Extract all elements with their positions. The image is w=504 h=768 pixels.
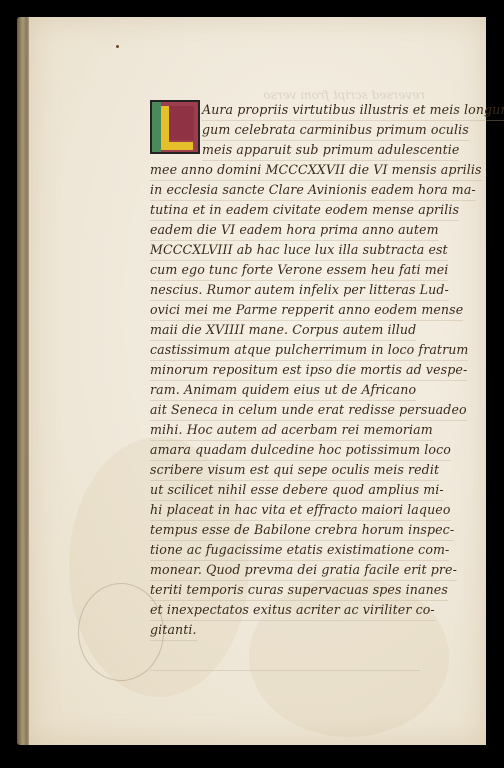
text-line: Aura propriis virtutibus illustris et me… [202, 100, 504, 121]
text-line: monear. Quod prevта dei gratia facile er… [150, 560, 457, 581]
text-line: et inexpectatos exitus acriter ac virili… [150, 600, 435, 621]
text-line: hi placeat in hac vita et effracto maior… [150, 500, 451, 521]
text-line: tione ac fugacissime etatis existimation… [150, 540, 449, 561]
text-line: ram. Animam quidem eius ut de Africano [150, 380, 416, 401]
text-line: gitanti. [150, 620, 197, 641]
text-line: castissimum atque pulcherrimum in loco f… [150, 340, 468, 361]
text-line: scribere visum est qui sepe oculis meis … [150, 460, 439, 481]
text-line: eadem die VI eadem hora prima anno autem [150, 220, 439, 241]
text-line: teriti temporis curas supervacuas spes i… [150, 580, 448, 601]
initial-letter-foot [161, 142, 193, 150]
text-line: mee anno domini MCCCXXVII die VI mensis … [150, 160, 482, 181]
text-line: MCCCXLVIII ab hac luce lux illa subtract… [150, 240, 448, 261]
text-line: cum ego tunc forte Verone essem heu fati… [150, 260, 448, 281]
illuminated-initial [150, 100, 200, 154]
text-line: in ecclesia sancte Clare Avinionis eadem… [150, 180, 476, 201]
initial-texture [169, 106, 194, 140]
text-line: amara quadam dulcedine hoc potissimum lo… [150, 440, 451, 461]
text-line: tempus esse de Babilone crebra horum ins… [150, 520, 454, 541]
text-line: nescius. Rumor autem infelix per littera… [150, 280, 449, 301]
text-line: tutina et in eadem civitate eodem mense … [150, 200, 459, 221]
text-line: minorum repositum est ipso die mortis ad… [150, 360, 467, 381]
ruling-line [150, 670, 420, 671]
text-line: meis apparuit sub primum adulescentie [202, 140, 459, 161]
text-line: ut scilicet nihil esse debere quod ampli… [150, 480, 444, 501]
initial-green-band [152, 102, 161, 152]
text-line: maii die XVIIII mane. Corpus autem illud [150, 320, 416, 341]
ink-dot [116, 45, 119, 48]
text-line: gum celebrata carminibus primum oculis [202, 120, 469, 141]
text-line: ovici mei me Parme repperit anno eodem m… [150, 300, 463, 321]
text-line: ait Seneca in celum unde erat redisse pe… [150, 400, 467, 421]
text-line: mihi. Hoc autem ad acerbam rei memoriam [150, 420, 433, 441]
